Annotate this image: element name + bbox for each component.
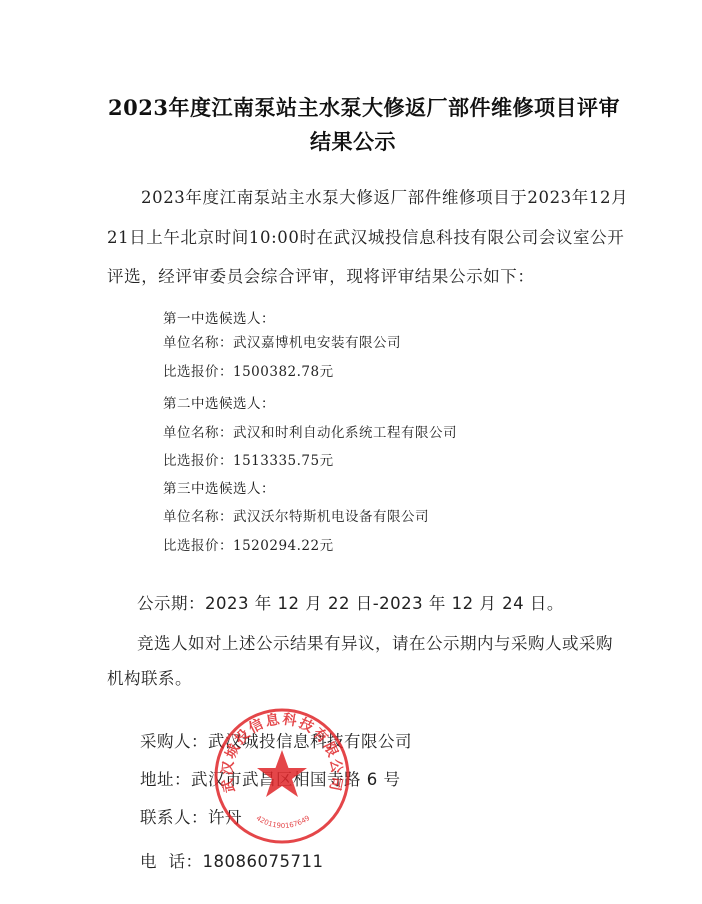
company-name: 武汉和时利自动化系统工程有限公司 — [233, 425, 457, 441]
candidate-1-heading: 第一中选候选人： — [163, 307, 275, 327]
publicity-period: 公示期：2023 年 12 月 22 日-2023 年 12 月 24 日。 — [137, 590, 564, 614]
intro-line-3: 评选，经评审委员会综合评审，现将评审结果公示如下： — [107, 263, 535, 287]
candidate-1-price: 比选报价：1500382.78元 — [163, 360, 334, 380]
price-label: 比选报价： — [163, 538, 233, 554]
address: 地址：武汉市武昌区相国寺路 6 号 — [140, 766, 401, 790]
candidate-3-company: 单位名称：武汉沃尔特斯机电设备有限公司 — [163, 505, 429, 525]
company-label: 单位名称： — [163, 509, 233, 525]
intro-line-2: 21日上午北京时间10:00时在武汉城投信息科技有限公司会议室公开 — [107, 224, 624, 248]
objection-line-1: 竞选人如对上述公示结果有异议，请在公示期内与采购人或采购 — [137, 630, 613, 654]
company-label: 单位名称： — [163, 425, 233, 441]
company-name: 武汉沃尔特斯机电设备有限公司 — [233, 509, 429, 525]
candidate-1-company: 单位名称：武汉嘉博机电安装有限公司 — [163, 331, 401, 351]
candidate-2-company: 单位名称：武汉和时利自动化系统工程有限公司 — [163, 421, 457, 441]
document-title-line1: 2023年度江南泵站主水泵大修返厂部件维修项目评审 — [108, 92, 620, 122]
price-value: 1520294.22元 — [233, 538, 334, 554]
candidate-2-heading: 第二中选候选人： — [163, 392, 275, 412]
candidate-2-price: 比选报价：1513335.75元 — [163, 449, 334, 469]
price-label: 比选报价： — [163, 453, 233, 469]
document-title-line2: 结果公示 — [310, 126, 396, 156]
price-label: 比选报价： — [163, 364, 233, 380]
price-value: 1500382.78元 — [233, 364, 334, 380]
phone: 电 话：18086075711 — [140, 848, 323, 872]
candidate-3-price: 比选报价：1520294.22元 — [163, 534, 334, 554]
company-label: 单位名称： — [163, 335, 233, 351]
company-name: 武汉嘉博机电安装有限公司 — [233, 335, 401, 351]
candidate-3-heading: 第三中选候选人： — [163, 477, 275, 497]
objection-line-2: 机构联系。 — [107, 665, 192, 689]
intro-line-1: 2023年度江南泵站主水泵大修返厂部件维修项目于2023年12月 — [141, 184, 628, 208]
contact-person: 联系人：许丹 — [140, 804, 242, 828]
purchaser: 采购人：武汉城投信息科技有限公司 — [140, 728, 412, 752]
price-value: 1513335.75元 — [233, 453, 334, 469]
svg-text:4201190167649: 4201190167649 — [255, 814, 312, 830]
